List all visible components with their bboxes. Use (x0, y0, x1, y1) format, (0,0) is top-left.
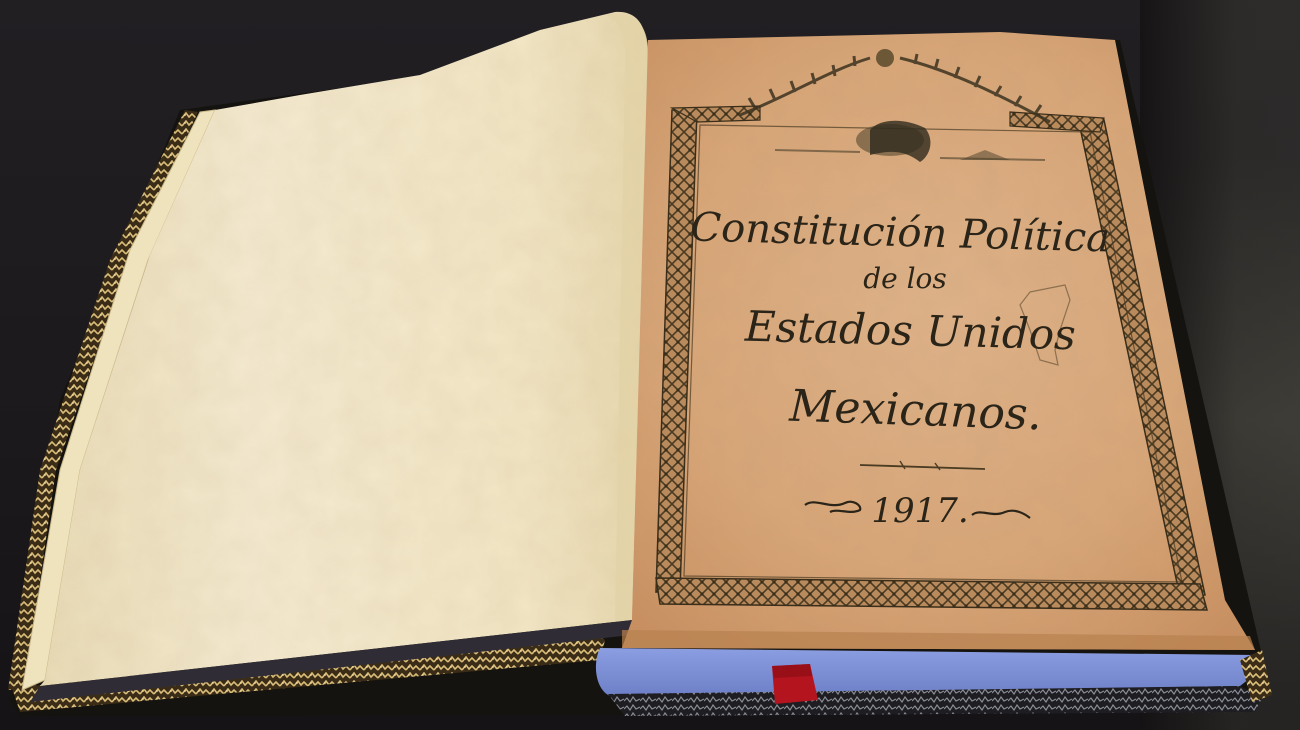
year-text: 1917. (871, 491, 968, 531)
title-line-3: Estados Unidos (743, 302, 1076, 360)
title-line-4: Mexicanos. (788, 381, 1043, 441)
book-display-scene: Constitución Política de los Estados Uni… (0, 0, 1300, 730)
title-line-2: de los (863, 262, 947, 295)
open-book-illustration: Constitución Política de los Estados Uni… (0, 0, 1300, 730)
